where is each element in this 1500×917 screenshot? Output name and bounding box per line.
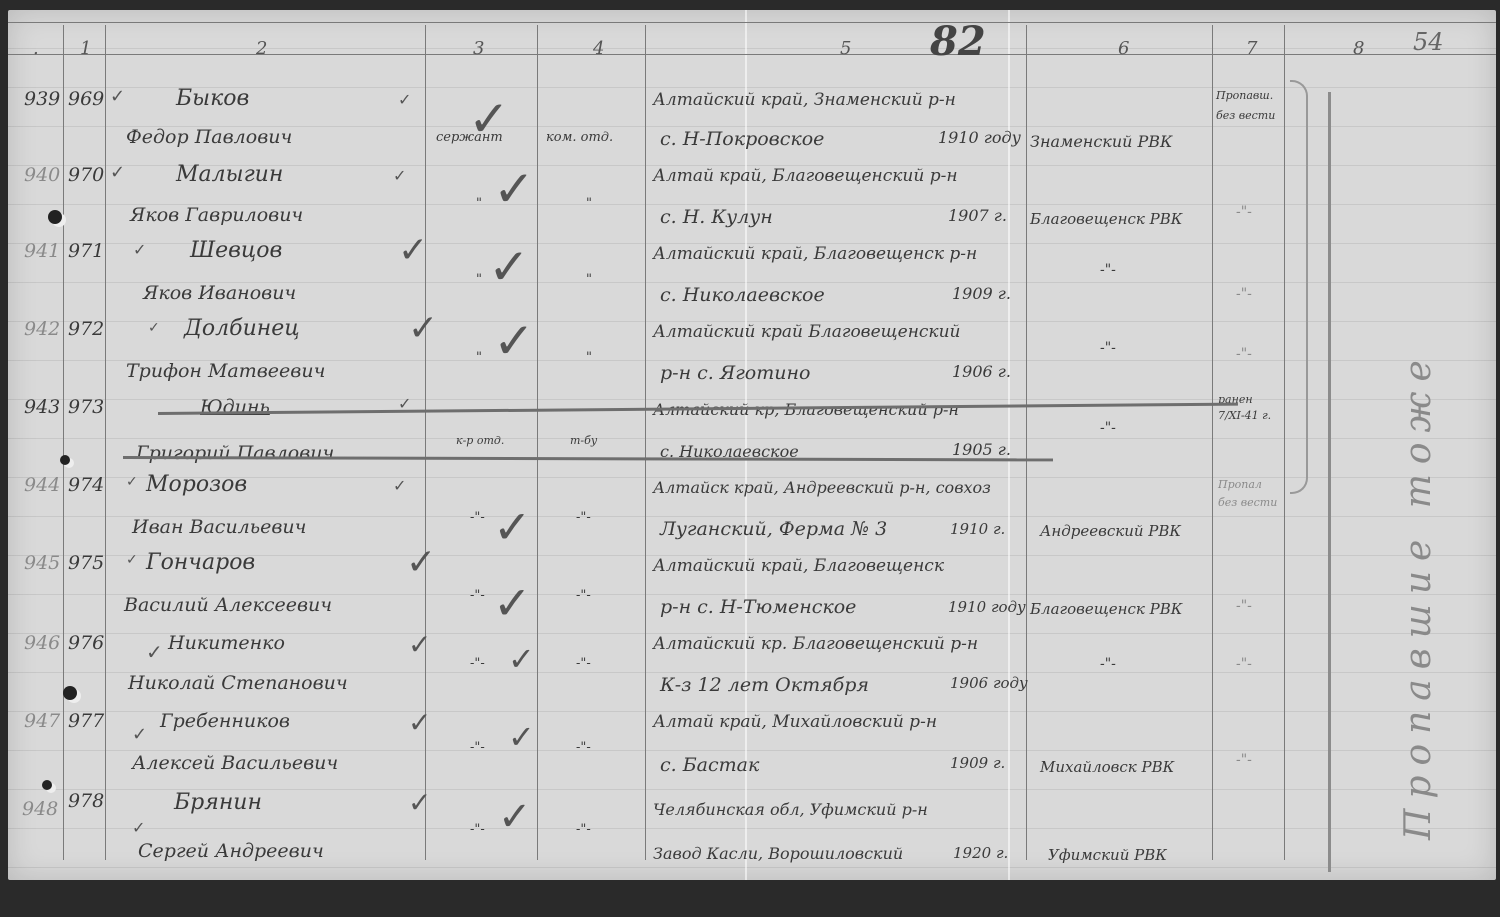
margin-vertical-note: Пропавшие тоже <box>1398 120 1439 840</box>
check-mark-icon: ✓ <box>126 552 138 568</box>
column-number: 7 <box>1246 38 1257 59</box>
birth-year: 1907 г. <box>948 206 1007 225</box>
fate-note: Пропавш. без вести <box>1216 86 1276 126</box>
check-mark-icon: ✓ <box>398 230 428 271</box>
birth-year: 1906 году <box>950 674 1028 692</box>
punch-hole <box>42 780 52 790</box>
check-mark-icon: ✓ <box>488 238 530 296</box>
column-number: 1 <box>80 38 91 59</box>
draft-office: Знаменский РВК <box>1030 132 1172 151</box>
fate-note: -"- <box>1236 204 1252 220</box>
seq-number: 944 <box>24 474 60 496</box>
birthplace-line2: Завод Касли, Ворошиловский <box>653 844 903 863</box>
column-divider <box>63 25 64 860</box>
column-divider <box>1284 25 1285 860</box>
seq-number: 945 <box>24 552 60 574</box>
fate-note: -"- <box>1236 656 1252 672</box>
birth-year: 1910 году <box>948 598 1026 616</box>
margin-rule <box>1328 92 1331 872</box>
check-mark-icon: ✓ <box>408 786 431 819</box>
record-number: 976 <box>68 632 104 654</box>
position: -"- <box>576 822 591 837</box>
given-names: Григорий Павлович <box>136 442 334 464</box>
birthplace-line2: с. Н. Кулун <box>660 206 773 228</box>
record-number: 969 <box>68 88 104 110</box>
surname: Юдинь <box>200 396 270 418</box>
birthplace-line2: с. Николаевское <box>660 284 825 306</box>
draft-office: Андреевский РВК <box>1040 522 1181 540</box>
seq-number: 941 <box>24 240 60 262</box>
check-mark-icon: ✓ <box>508 640 535 678</box>
given-names: Алексей Васильевич <box>132 752 338 774</box>
birthplace-line1: Алтайский край, Благовещенск <box>653 556 944 576</box>
check-mark-icon: ✓ <box>146 640 163 664</box>
draft-office: -"- <box>1100 340 1116 356</box>
punch-hole <box>60 455 70 465</box>
given-names: Сергей Андреевич <box>138 840 324 862</box>
check-mark-icon: ✓ <box>493 576 532 630</box>
given-names: Яков Иванович <box>143 282 296 304</box>
record-number: 972 <box>68 318 104 340</box>
fate-note: ранен 7/XI-41 г. <box>1218 392 1278 424</box>
birthplace-line2: р-н с. Яготино <box>660 362 810 384</box>
column-divider <box>1212 25 1213 860</box>
birthplace-line2: К-з 12 лет Октября <box>660 674 869 696</box>
given-names: Николай Степанович <box>128 672 348 694</box>
seq-number: 940 <box>24 164 60 186</box>
position: -"- <box>576 740 591 755</box>
page-number-main: 82 <box>930 18 986 65</box>
given-names: Иван Васильевич <box>132 516 306 538</box>
fate-note: -"- <box>1236 598 1252 614</box>
birth-year: 1920 г. <box>953 844 1008 862</box>
column-divider <box>537 25 538 860</box>
birthplace-line1: Алтайский край, Благовещенск р-н <box>653 244 977 264</box>
rank: -"- <box>470 822 485 837</box>
punch-hole <box>63 686 77 700</box>
check-mark-icon: ✓ <box>406 542 436 583</box>
birthplace-line1: Алтайский край, Знаменский р-н <box>653 90 956 110</box>
column-divider <box>1026 25 1027 860</box>
rank: -"- <box>470 588 485 603</box>
check-mark-icon: ✓ <box>408 706 431 739</box>
birth-year: 1910 г. <box>950 520 1005 538</box>
birth-year: 1909 г. <box>952 284 1011 303</box>
position: -"- <box>576 588 591 603</box>
birth-year: 1905 г. <box>952 440 1011 459</box>
surname: Гончаров <box>146 550 255 575</box>
column-number: 4 <box>593 38 604 59</box>
register-sheet: . 1 2 3 4 5 6 7 8 82 54 939 969 ✓ Быков … <box>8 10 1496 880</box>
seq-number: 943 <box>24 396 60 418</box>
column-divider <box>645 25 646 860</box>
birthplace-line2: с. Н-Покровское <box>660 128 824 150</box>
column-number: 5 <box>840 38 851 59</box>
surname: Гребенников <box>160 710 290 732</box>
check-mark-icon: ✓ <box>132 818 145 837</box>
surname: Малыгин <box>176 162 283 187</box>
rank: -"- <box>470 740 485 755</box>
rank: -"- <box>470 656 485 671</box>
check-mark-icon: ✓ <box>398 90 411 109</box>
check-mark-icon: ✓ <box>493 312 535 370</box>
punch-hole <box>48 210 62 224</box>
birthplace-line1: Алтайский край Благовещенский <box>653 322 960 342</box>
header-bottom-rule <box>8 54 1496 55</box>
rank: " <box>476 272 482 287</box>
fate-note: -"- <box>1236 752 1252 768</box>
column-number: 8 <box>1353 38 1364 59</box>
check-mark-icon: ✓ <box>408 308 438 349</box>
birth-year: 1906 г. <box>952 362 1011 381</box>
surname: Морозов <box>146 472 247 497</box>
fate-note: -"- <box>1236 346 1252 362</box>
birthplace-line1: Челябинская обл, Уфимский р-н <box>653 800 928 819</box>
check-mark-icon: ✓ <box>393 476 406 495</box>
position: -"- <box>576 510 591 525</box>
record-number: 977 <box>68 710 104 732</box>
position: ком. отд. <box>546 130 613 145</box>
seq-number: 947 <box>24 710 60 732</box>
column-divider <box>105 25 106 860</box>
position: " <box>586 272 592 287</box>
fate-note: Пропал без вести <box>1218 476 1278 512</box>
record-number: 971 <box>68 240 104 262</box>
draft-office: -"- <box>1100 656 1116 672</box>
draft-office: Михайловск РВК <box>1040 758 1174 776</box>
rank: " <box>476 196 482 211</box>
column-number: . <box>33 38 39 59</box>
rank: " <box>476 350 482 365</box>
check-mark-icon: ✓ <box>133 240 146 259</box>
draft-office: Уфимский РВК <box>1048 846 1167 864</box>
surname: Никитенко <box>168 632 285 654</box>
birthplace-line1: Алтайский кр. Благовещенский р-н <box>653 634 978 654</box>
check-mark-icon: ✓ <box>110 86 125 107</box>
position: т-бу <box>570 434 597 447</box>
surname: Долбинец <box>184 316 300 341</box>
birthplace-line2: р-н с. Н-Тюменское <box>660 596 856 618</box>
surname: Брянин <box>174 790 262 815</box>
given-names: Яков Гаврилович <box>130 204 303 226</box>
rank: к-р отд. <box>456 434 504 447</box>
birth-year: 1910 году <box>938 128 1021 147</box>
seq-number: 948 <box>22 798 58 820</box>
draft-office: -"- <box>1100 262 1116 278</box>
check-mark-icon: ✓ <box>508 718 535 756</box>
birthplace-line1: Алтайск край, Андреевский р-н, совхоз <box>653 478 991 497</box>
surname: Шевцов <box>190 238 282 263</box>
position: -"- <box>576 656 591 671</box>
given-names: Трифон Матвеевич <box>126 360 325 382</box>
birthplace-line1: Алтай край, Михайловский р-н <box>653 712 937 732</box>
birthplace-line2: Луганский, Ферма № 3 <box>660 518 887 540</box>
check-mark-icon: ✓ <box>493 160 535 218</box>
column-number: 3 <box>473 38 484 59</box>
birthplace-line2: с. Бастак <box>660 754 759 776</box>
draft-office: Благовещенск РВК <box>1030 600 1182 618</box>
record-number: 970 <box>68 164 104 186</box>
position: " <box>586 196 592 211</box>
record-number: 978 <box>68 790 104 812</box>
header-top-rule <box>8 22 1496 23</box>
check-mark-icon: ✓ <box>148 320 160 336</box>
given-names: Федор Павлович <box>126 126 292 148</box>
record-number: 973 <box>68 396 104 418</box>
column-number: 2 <box>256 38 267 59</box>
check-mark-icon: ✓ <box>493 500 532 554</box>
position: " <box>586 350 592 365</box>
rank: -"- <box>470 510 485 525</box>
given-names: Василий Алексеевич <box>124 594 332 616</box>
seq-number: 939 <box>24 88 60 110</box>
birthplace-line1: Алтай край, Благовещенский р-н <box>653 166 958 186</box>
check-mark-icon: ✓ <box>468 90 510 148</box>
record-number: 975 <box>68 552 104 574</box>
surname: Быков <box>176 86 249 111</box>
brace-icon <box>1290 80 1308 494</box>
check-mark-icon: ✓ <box>498 794 532 840</box>
check-mark-icon: ✓ <box>126 474 138 490</box>
check-mark-icon: ✓ <box>393 166 406 185</box>
fate-note: -"- <box>1236 286 1252 302</box>
check-mark-icon: ✓ <box>110 162 125 183</box>
check-mark-icon: ✓ <box>408 628 431 661</box>
column-number: 6 <box>1118 38 1129 59</box>
seq-number: 942 <box>24 318 60 340</box>
birth-year: 1909 г. <box>950 754 1005 772</box>
seq-number: 946 <box>24 632 60 654</box>
record-number: 974 <box>68 474 104 496</box>
check-mark-icon: ✓ <box>132 724 147 745</box>
draft-office: -"- <box>1100 420 1116 436</box>
draft-office: Благовещенск РВК <box>1030 210 1182 228</box>
page-number-corner: 54 <box>1413 28 1444 56</box>
